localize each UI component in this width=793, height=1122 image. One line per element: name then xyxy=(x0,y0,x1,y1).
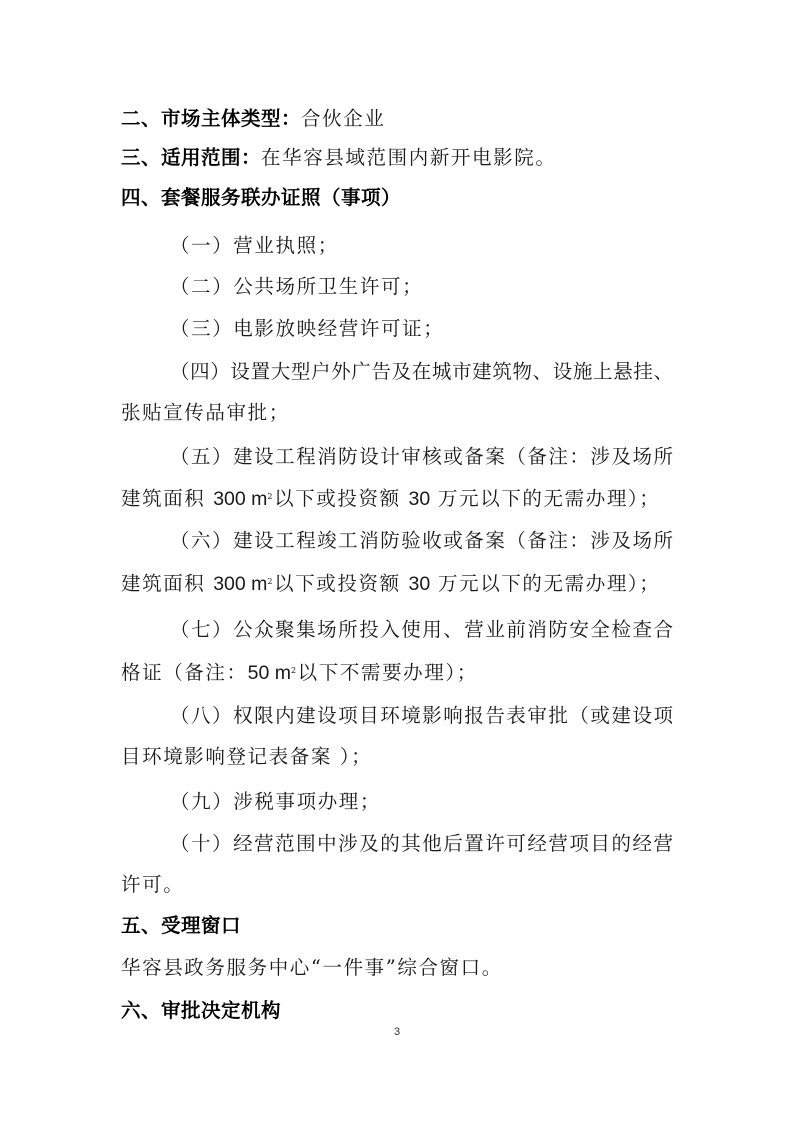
list-item: （十）经营范围中涉及的其他后置许可经营项目的经营 xyxy=(170,831,673,857)
section-heading: 六、审批决定机构 xyxy=(121,999,281,1022)
text-fragment: 万元以下的无需办理）； xyxy=(430,487,660,510)
list-item-continuation: 张贴宣传品审批； xyxy=(121,400,673,426)
text-fragment: 建筑面积 xyxy=(121,572,213,595)
section-heading: 五、受理窗口 xyxy=(121,914,241,937)
text-fragment: 以下不需要办理）； xyxy=(298,661,478,684)
list-item: （四）设置大型户外广告及在城市建筑物、设施上悬挂、 xyxy=(170,359,673,385)
area-value: 300 m xyxy=(213,488,267,510)
section-text: 合伙企业 xyxy=(301,107,385,130)
section-market-entity-type: 二、市场主体类型：合伙企业 xyxy=(121,106,673,132)
list-item: （八）权限内建设项目环境影响报告表审批（或建设项 xyxy=(170,703,673,729)
text-fragment: 以下或投资额 xyxy=(274,487,408,510)
page-number: 3 xyxy=(390,1026,404,1038)
list-item-continuation: 许可。 xyxy=(121,872,673,898)
list-item-continuation: 格证（备注：50 m2以下不需要办理）； xyxy=(121,658,673,686)
section-text: 在华容县域范围内新开电影院。 xyxy=(261,146,556,169)
text-fragment: 格证（备注： xyxy=(121,661,248,684)
list-item: （二）公共场所卫生许可； xyxy=(170,274,673,300)
list-item-continuation: 建筑面积 300 m2以下或投资额 30 万元以下的无需办理）； xyxy=(121,484,673,512)
section-approval-authority: 六、审批决定机构 xyxy=(121,998,673,1024)
investment-value: 30 xyxy=(409,488,431,510)
list-item: （一）营业执照； xyxy=(170,233,673,259)
text-fragment: 万元以下的无需办理）； xyxy=(430,572,660,595)
investment-value: 30 xyxy=(409,573,431,595)
text-fragment: 建筑面积 xyxy=(121,487,213,510)
list-item: （三）电影放映经营许可证； xyxy=(170,316,673,342)
list-item: （七）公众聚集场所投入使用、营业前消防安全检查合 xyxy=(170,617,673,643)
text-fragment: 以下或投资额 xyxy=(274,572,408,595)
section-scope: 三、适用范围：在华容县域范围内新开电影院。 xyxy=(121,145,673,171)
document-page: 二、市场主体类型：合伙企业 三、适用范围：在华容县域范围内新开电影院。 四、套餐… xyxy=(0,0,793,1122)
section-text: 华容县政务服务中心“一件事”综合窗口。 xyxy=(121,955,673,981)
list-item: （六）建设工程竣工消防验收或备案（备注：涉及场所 xyxy=(170,528,673,554)
list-item: （九）涉税事项办理； xyxy=(170,789,673,815)
superscript: 2 xyxy=(291,666,298,675)
area-value: 50 m xyxy=(248,662,291,684)
section-heading: 四、套餐服务联办证照（事项） xyxy=(121,186,401,209)
list-item-continuation: 建筑面积 300 m2以下或投资额 30 万元以下的无需办理）； xyxy=(121,569,673,597)
area-value: 300 m xyxy=(213,573,267,595)
section-heading: 二、市场主体类型： xyxy=(121,107,301,130)
section-package-items: 四、套餐服务联办证照（事项） xyxy=(121,185,673,211)
list-item-continuation: 目环境影响登记表备案 ）； xyxy=(121,744,673,770)
section-heading: 三、适用范围： xyxy=(121,146,261,169)
list-item: （五）建设工程消防设计审核或备案（备注：涉及场所 xyxy=(170,444,673,470)
section-acceptance-window: 五、受理窗口 xyxy=(121,913,673,939)
